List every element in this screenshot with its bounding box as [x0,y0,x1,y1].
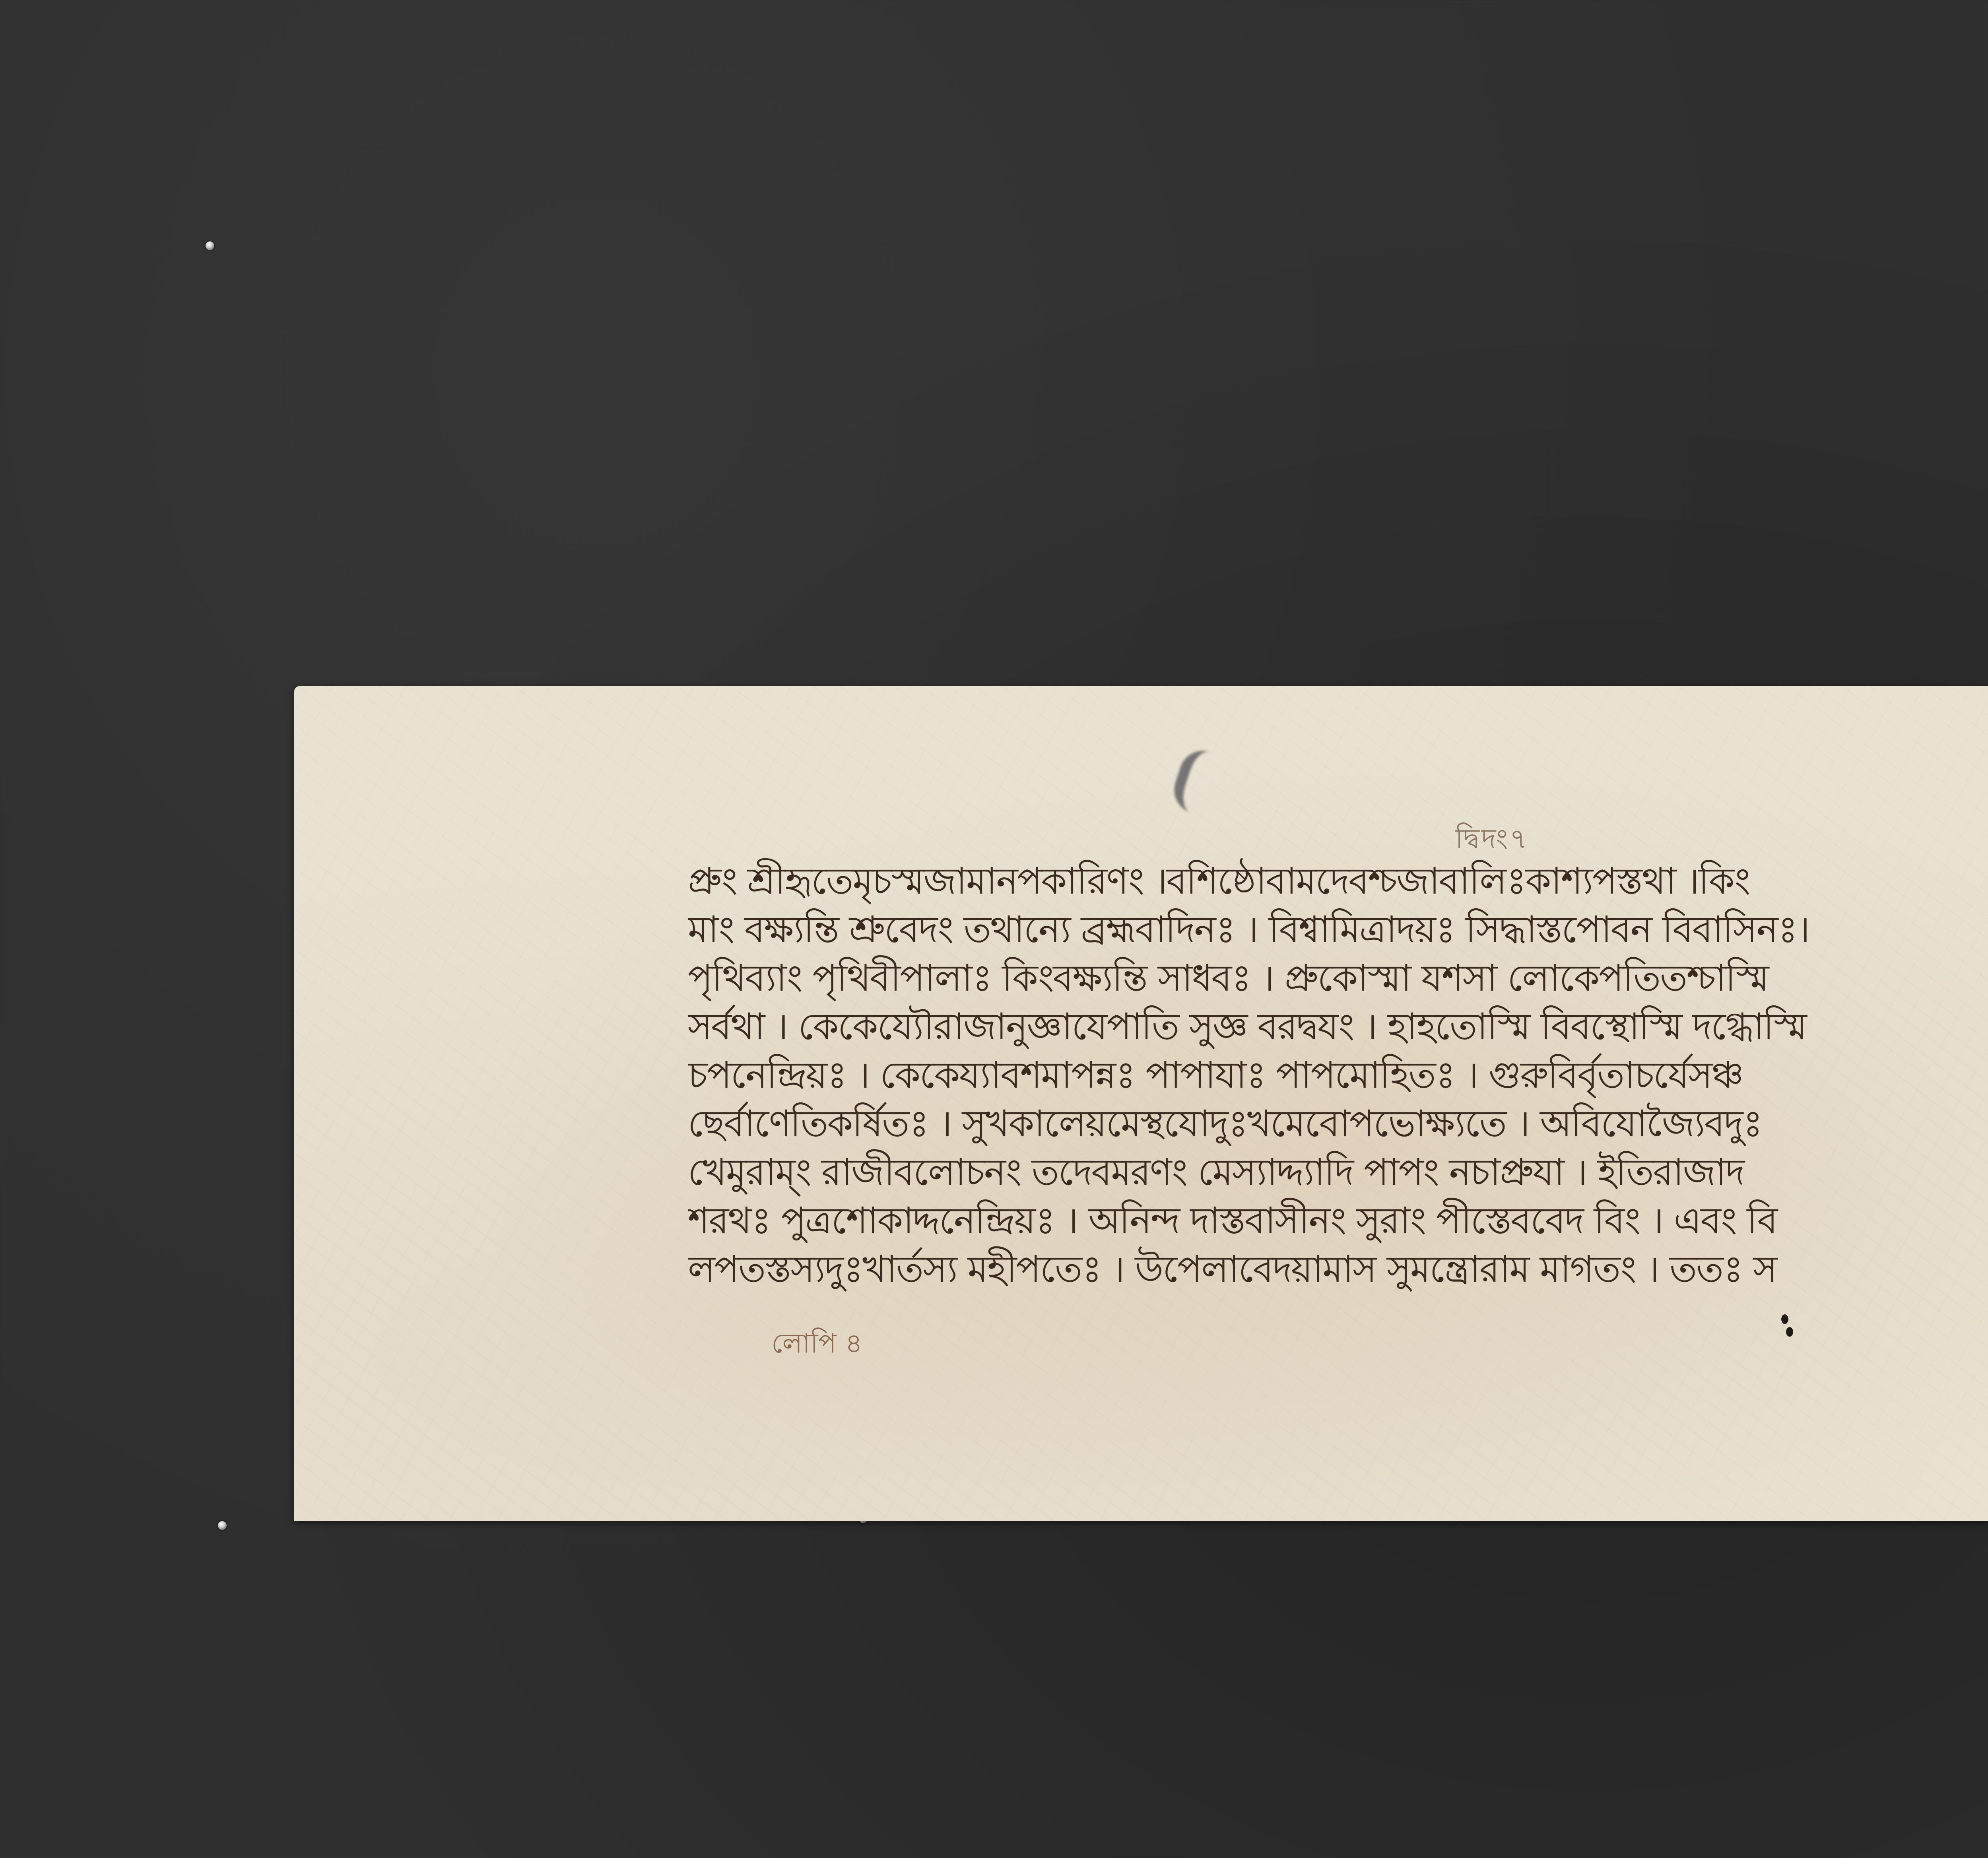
text-line: প্রুং শ্রীহৃতেমৃচস্মজামানপকারিণং ।বশিষ্ঠ… [688,857,1988,906]
text-line: খেমুরাম্‌ং রাজীবলোচনং তদেবমরণং মেস্যাদ্দ… [688,1148,1988,1197]
text-line: মাং বক্ষ্যন্তি শ্রুবেদং তথান্যে ব্রহ্মবা… [688,906,1988,954]
text-line: সর্বথা । কেকেয্যৌরাজানুজ্ঞাযেপাতি সুজ্ঞ … [688,1003,1988,1051]
manuscript-leaf: দ্বিদং৭ প্রুং শ্রীহৃতেমৃচস্মজামানপকারিণং… [294,686,1988,1521]
ink-dot [1786,1327,1793,1337]
text-line: ছেৰ্বাণেতিকৰ্ষিতঃ । সুখকালেয়মেস্থযোদুঃখ… [688,1100,1988,1148]
text-line: পৃথিব্যাং পৃথিবীপালাঃ কিংবক্ষ্যন্তি সাধব… [688,954,1988,1003]
marginal-note: লোপি ৪ [771,1322,862,1368]
text-line: চপনেন্দ্রিয়ঃ । কেকেয্যাবশমাপন্নঃ পাপাযা… [688,1051,1988,1100]
pin-icon [218,1521,227,1530]
text-line: লপতস্তস্যদুঃখার্তস্য মহীপতেঃ । উপেলাবেদয… [688,1245,1988,1294]
manuscript-text-block: প্রুং শ্রীহৃতেমৃচস্মজামানপকারিণং ।বশিষ্ঠ… [688,857,1988,1294]
text-line: শরথঃ পুত্রশোকাদ্দনেন্দ্রিয়ঃ । অনিন্দ দা… [688,1197,1988,1245]
ink-smudge [1168,745,1228,818]
pin-icon [206,241,214,250]
ink-dot [1781,1314,1788,1324]
